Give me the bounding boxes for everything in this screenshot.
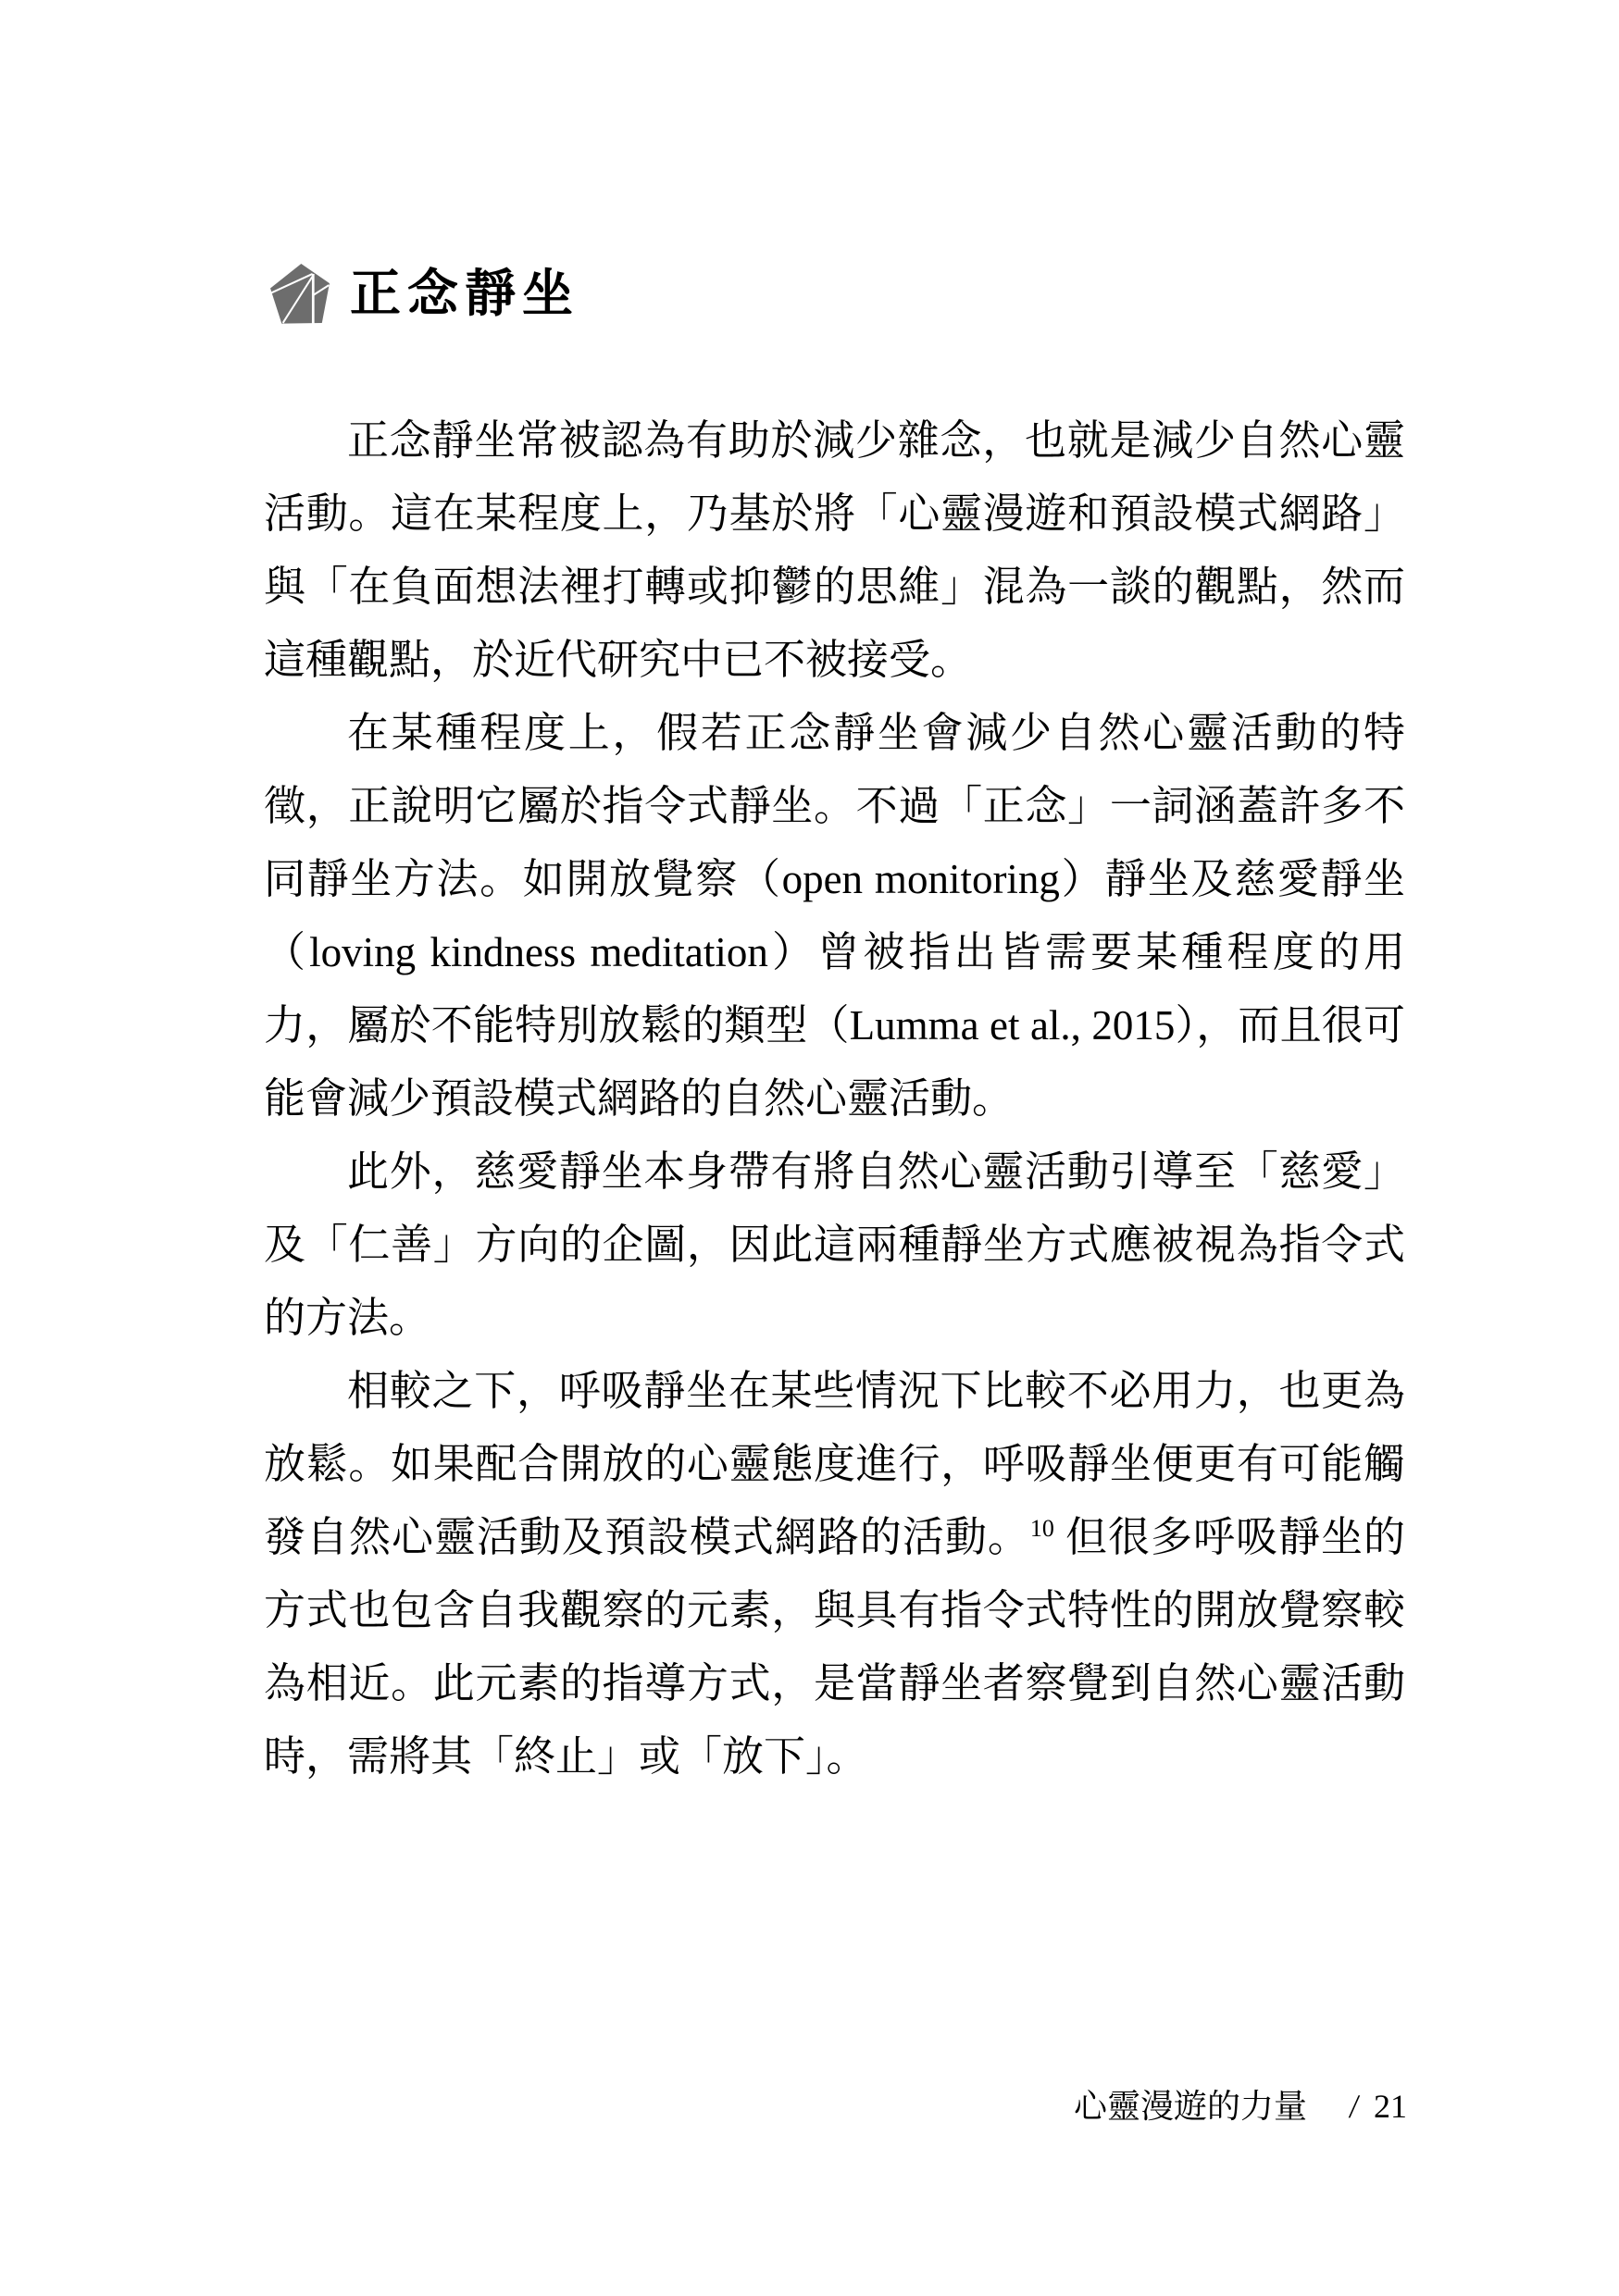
page-footer: 心靈漫遊的力量/21 <box>1074 2086 1407 2127</box>
paragraph-2: 在某種程度上，假若正念靜坐會減少自然心靈活動的特徵，正說明它屬於指令式靜坐。不過… <box>264 697 1405 1136</box>
footer-separator: / <box>1348 2086 1362 2127</box>
paragraph-4: 相較之下，呼吸靜坐在某些情況下比較不必用力，也更為放鬆。如果配合開放的心靈態度進… <box>264 1355 1405 1793</box>
gem-icon <box>268 261 331 326</box>
book-page: 正念靜坐 正念靜坐常被認為有助於減少雜念，也就是減少自然心靈活動。這在某程度上，… <box>0 0 1619 2296</box>
footnote-reference: 10 <box>1030 1515 1054 1542</box>
running-title: 心靈漫遊的力量 <box>1074 2088 1307 2125</box>
paragraph-1: 正念靜坐常被認為有助於減少雜念，也就是減少自然心靈活動。這在某程度上，乃基於將「… <box>264 404 1405 697</box>
body-text: 正念靜坐常被認為有助於減少雜念，也就是減少自然心靈活動。這在某程度上，乃基於將「… <box>264 404 1405 1793</box>
section-title: 正念靜坐 <box>350 268 579 319</box>
page-number: 21 <box>1374 2088 1407 2125</box>
paragraph-3: 此外，慈愛靜坐本身帶有將自然心靈活動引導至「慈愛」及「仁善」方向的企圖，因此這兩… <box>264 1136 1405 1355</box>
chapter-header: 正念靜坐 <box>268 261 579 326</box>
